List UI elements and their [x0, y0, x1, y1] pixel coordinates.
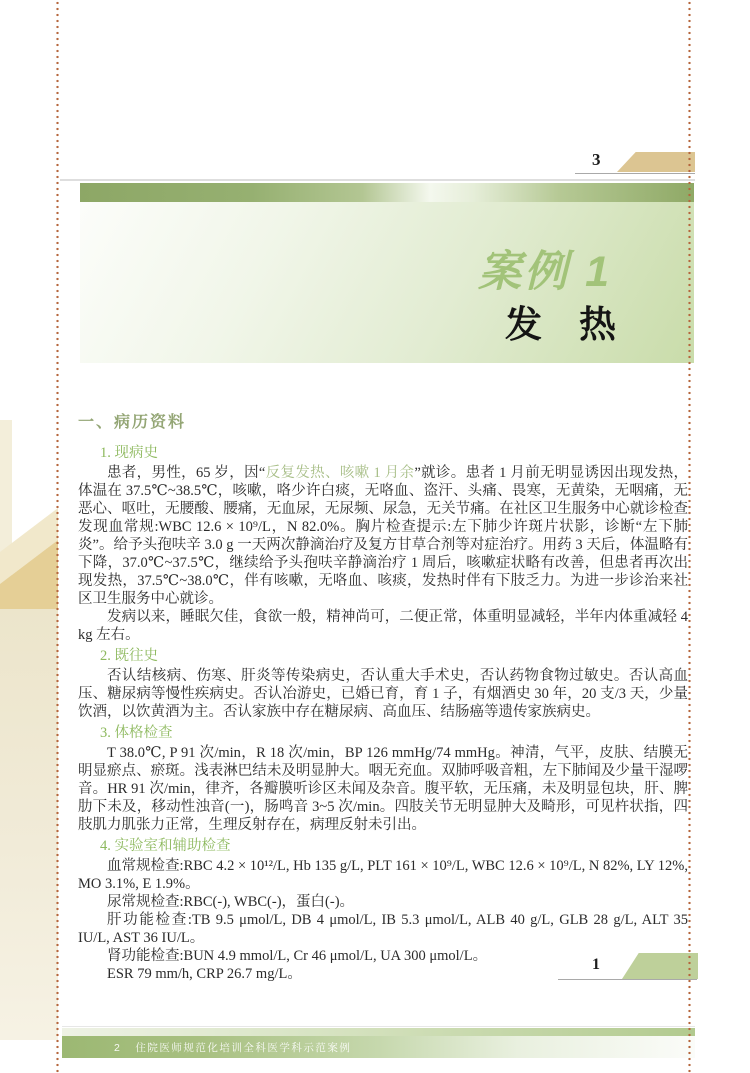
book-page: 3 案例 1 发 热 一、病历资料 1. 现病史 患者，男性，65 岁，因“反复…	[0, 0, 750, 1073]
subsection-physical-exam: 3. 体格检查	[78, 724, 688, 742]
banner-green-strip	[80, 183, 694, 202]
paragraph-present-illness: 患者，男性，65 岁，因“反复发热、咳嗽 1 月余”就诊。患者 1 月前无明显诱…	[78, 464, 688, 608]
paragraph-urine-test: 尿常规检查:RBC(-), WBC(-)，蛋白(-)。	[78, 893, 688, 911]
case-number-label: 案例 1	[478, 238, 612, 299]
bottom-pagenum-rule	[558, 979, 697, 980]
chapter-banner: 案例 1 发 热	[80, 202, 694, 363]
p1-pre-text: 患者，男性，65 岁，因“	[107, 465, 265, 481]
footer-book-title: 住院医师规范化培训全科医学科示范案例	[135, 1042, 351, 1054]
footer-running-title: 2住院医师规范化培训全科医学科示范案例	[114, 1040, 351, 1055]
footer-bar: 2住院医师规范化培训全科医学科示范案例	[62, 1036, 695, 1058]
top-page-number: 3	[592, 150, 601, 170]
bottom-page-number: 1	[592, 956, 600, 974]
p1-post-text: ”就诊。患者 1 月前无明显诱因出现发热，体温在 37.5℃~38.5℃，咳嗽，…	[78, 465, 688, 607]
paragraph-liver-test: 肝功能检查:TB 9.5 μmol/L, DB 4 μmol/L, IB 5.3…	[78, 911, 688, 947]
page-content: 一、病历资料 1. 现病史 患者，男性，65 岁，因“反复发热、咳嗽 1 月余”…	[78, 414, 688, 983]
left-deco-shapes	[0, 420, 58, 1040]
page-edge-shadow-top	[60, 179, 695, 181]
subsection-lab-tests: 4. 实验室和辅助检查	[78, 837, 688, 855]
paragraph-past-history: 否认结核病、伤寒、肝炎等传染病史，否认重大手术史，否认药物食物过敏史。否认高血压…	[78, 667, 688, 721]
paragraph-physical-exam: T 38.0℃, P 91 次/min，R 18 次/min，BP 126 mm…	[78, 744, 688, 834]
section-heading: 一、病历资料	[78, 414, 688, 432]
dotted-border-left	[56, 0, 59, 1073]
footer-thin-strip	[62, 1028, 695, 1036]
chief-complaint-highlight: 反复发热、咳嗽 1 月余	[265, 465, 414, 481]
subsection-present-illness: 1. 现病史	[78, 444, 688, 462]
footer-page-number: 2	[114, 1042, 121, 1054]
page-edge-shadow-bottom	[62, 1026, 695, 1027]
case-title: 发 热	[505, 294, 616, 348]
paragraph-since-onset: 发病以来，睡眠欠佳，食欲一般，精神尚可，二便正常，体重明显减轻，半年内体重减轻 …	[78, 608, 688, 644]
subsection-past-history: 2. 既往史	[78, 647, 688, 665]
deco-lower-wedge	[0, 609, 58, 1040]
top-pagenum-rule	[575, 173, 695, 174]
paragraph-blood-test: 血常规检查:RBC 4.2 × 10¹²/L, Hb 135 g/L, PLT …	[78, 857, 688, 893]
dotted-border-right	[688, 0, 691, 1073]
top-corner-parallelogram	[617, 152, 695, 172]
